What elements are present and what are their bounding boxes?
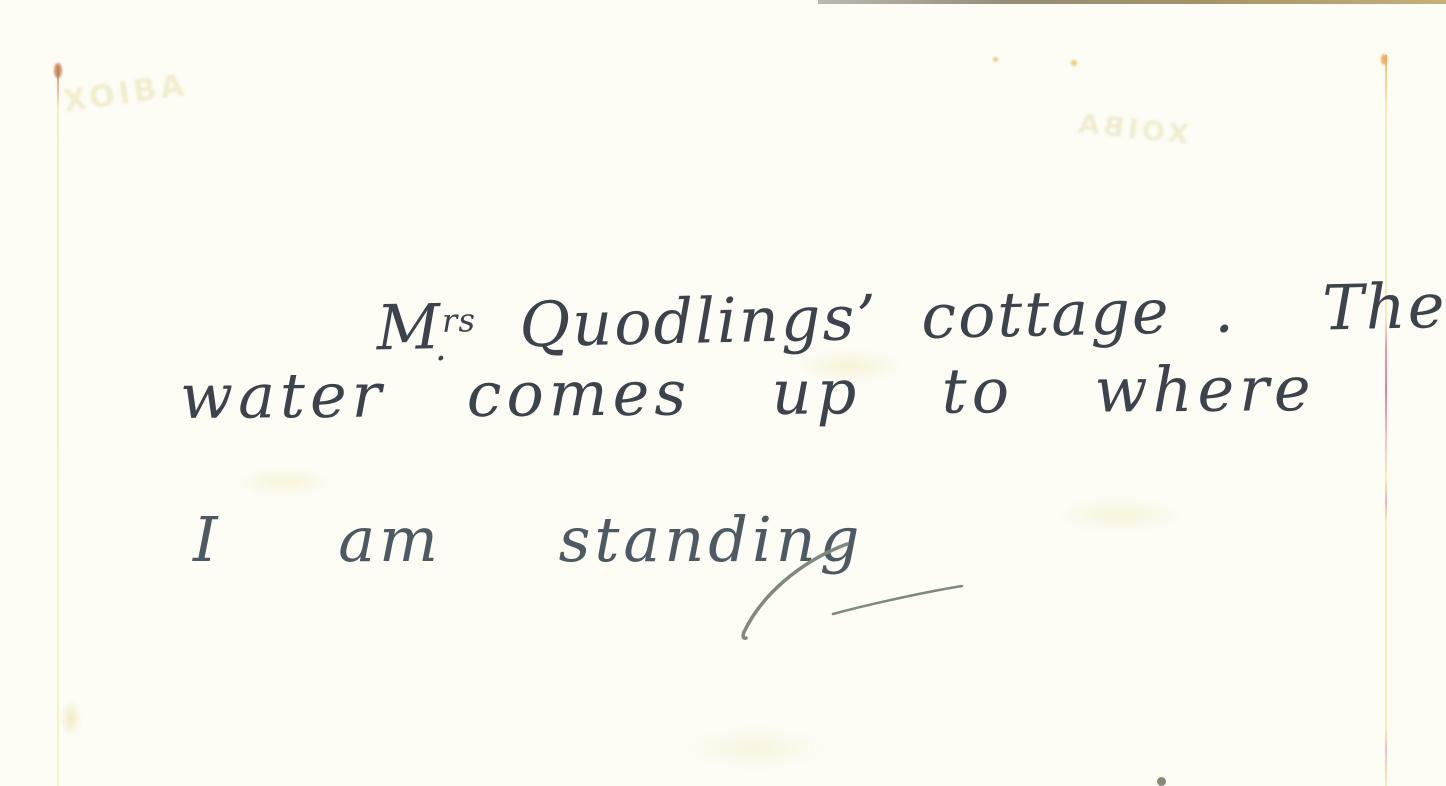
ghost-smudge-right-lower bbox=[1058, 498, 1180, 532]
ghost-smudge-left-mid bbox=[238, 468, 330, 496]
scan-canvas: XOIBAXOIBA Mrs. Quodlings’ cottage . The… bbox=[0, 0, 1446, 786]
handwritten-line-1-text: Quodlings’ cottage . The bbox=[475, 269, 1446, 362]
flourish-paren-curve bbox=[743, 544, 847, 638]
ghost-smudge-bottom bbox=[688, 728, 822, 768]
scan-left-edge-tip bbox=[54, 63, 62, 78]
mrs-capital-m: M bbox=[376, 290, 443, 364]
bottom-edge-dark-speck bbox=[1157, 777, 1166, 786]
flourish-dash bbox=[833, 586, 962, 614]
mrs-abbreviation: Mrs. bbox=[376, 289, 477, 364]
handwritten-line-2: water comes up to where bbox=[180, 352, 1316, 433]
scan-left-edge-line bbox=[57, 66, 59, 786]
top-edge-yellow-speck-1 bbox=[993, 57, 998, 62]
pen-flourish-stroke bbox=[695, 528, 995, 658]
scan-right-edge-tip-dot bbox=[1381, 54, 1387, 65]
left-edge-smudge-curl bbox=[60, 700, 82, 736]
ghost-text-top-left: XOIBA bbox=[62, 68, 207, 131]
scan-top-edge-line bbox=[818, 0, 1446, 4]
scan-right-edge-line bbox=[1385, 55, 1387, 786]
top-edge-yellow-speck-2 bbox=[1071, 60, 1077, 66]
ghost-text-top-right: XOIBA bbox=[1036, 106, 1190, 163]
